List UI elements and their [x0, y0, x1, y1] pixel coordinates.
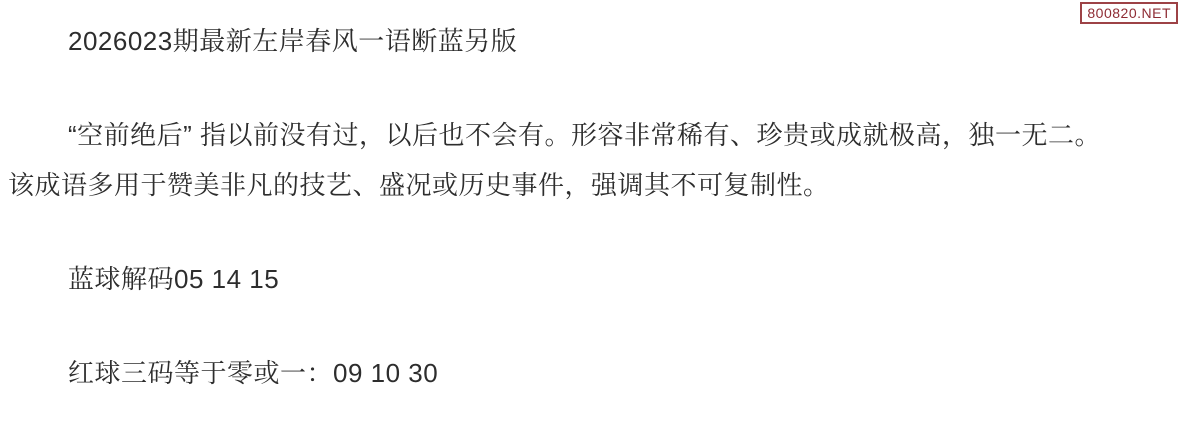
definition-line-1: “空前绝后” 指以前没有过，以后也不会有。形容非常稀有、珍贵或成就极高，独一无二…: [8, 110, 1153, 160]
article-title: 2026023期最新左岸春风一语断蓝另版: [8, 16, 1153, 66]
article: 2026023期最新左岸春风一语断蓝另版 “空前绝后” 指以前没有过，以后也不会…: [0, 0, 1181, 398]
blue-ball-code-line: 蓝球解码05 14 15: [8, 254, 1153, 304]
page: { "theme": { "bg": "#ffffff", "text": "#…: [0, 0, 1181, 429]
definition-line-2: 该成语多用于赞美非凡的技艺、盛况或历史事件，强调其不可复制性。: [8, 160, 1153, 210]
site-watermark-badge: 800820.NET: [1080, 2, 1178, 24]
red-ball-code-line: 红球三码等于零或一：09 10 30: [8, 348, 1153, 398]
definition-paragraph: “空前绝后” 指以前没有过，以后也不会有。形容非常稀有、珍贵或成就极高，独一无二…: [8, 110, 1153, 210]
